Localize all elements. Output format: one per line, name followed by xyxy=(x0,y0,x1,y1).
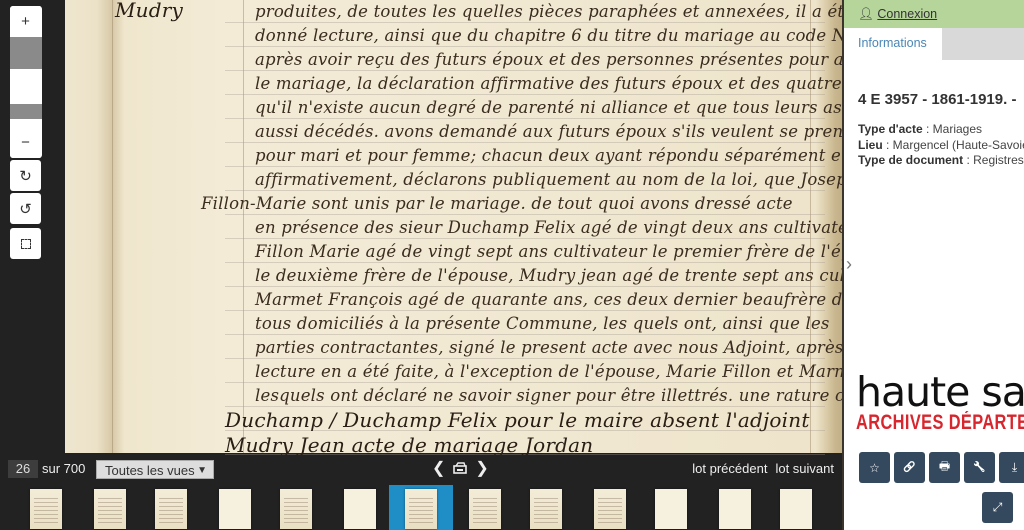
star-icon: ☆ xyxy=(869,461,880,475)
thumbnail-image xyxy=(780,489,812,529)
rotate-right-button[interactable]: ↻ xyxy=(10,160,41,191)
login-bar: 👤︎ Connexion xyxy=(844,0,1024,28)
handwritten-line: affirmativement, déclarons publiquement … xyxy=(255,170,842,189)
thumbnail-image xyxy=(94,489,126,529)
download-button[interactable]: ⤓ xyxy=(999,452,1024,483)
thumbnail[interactable] xyxy=(639,485,703,530)
zoom-out-button[interactable]: − xyxy=(10,127,41,158)
handwritten-line: en présence des sieur Duchamp Felix agé … xyxy=(255,218,842,237)
viewer-toolbar: + − ↻ ↺ xyxy=(10,6,42,261)
handwritten-line: donné lecture, ainsi que du chapitre 6 d… xyxy=(255,26,842,45)
handwritten-line: Mudry Jean acte de mariage Jordan xyxy=(225,433,593,455)
handwritten-line: Marmet François agé de quarante ans, ces… xyxy=(255,290,842,309)
fullscreen-button[interactable]: ⤢ xyxy=(982,492,1013,523)
page-number-input[interactable]: 26 xyxy=(8,460,38,478)
thumbnail[interactable] xyxy=(764,485,828,530)
thumbnail[interactable] xyxy=(264,485,328,530)
minus-icon: − xyxy=(21,134,30,151)
document-title: 4 E 3957 - 1861-1919. - xyxy=(858,91,1016,108)
thumbnail[interactable] xyxy=(78,485,142,530)
handwritten-line: Duchamp / Duchamp Felix pour le maire ab… xyxy=(225,408,810,432)
plus-icon: + xyxy=(21,13,30,30)
zoom-slider[interactable] xyxy=(10,37,42,127)
zoom-control: + − xyxy=(10,6,42,158)
handwritten-line: lesquels ont déclaré ne savoir signer po… xyxy=(255,386,842,405)
handwritten-line: Mudry xyxy=(115,0,183,22)
thumbnail-nav: ❮ ❯ xyxy=(432,458,489,478)
link-icon: 🔗 xyxy=(903,462,915,473)
zoom-in-button[interactable]: + xyxy=(10,6,41,37)
document-page-image[interactable]: Mudryproduites, de toutes les quelles pi… xyxy=(65,0,842,453)
tab-informations[interactable]: Informations xyxy=(844,28,942,60)
rotate-left-button[interactable]: ↺ xyxy=(10,193,41,224)
print-button[interactable]: 🖶 xyxy=(929,452,960,483)
thumbnail[interactable] xyxy=(14,485,78,530)
image-viewer[interactable]: Mudryproduites, de toutes les quelles pi… xyxy=(0,0,842,455)
logo-line2: ARCHIVES DÉPARTEMENTALES xyxy=(856,412,1024,434)
sidebar-tabs: Informations xyxy=(844,28,1024,60)
view-filter-select[interactable]: Toutes les vues ▼ xyxy=(96,460,214,479)
thumbnail[interactable] xyxy=(453,485,517,530)
link-button[interactable]: 🔗 xyxy=(894,452,925,483)
next-batch-link[interactable]: lot suivant xyxy=(775,461,834,476)
thumbnail-image xyxy=(469,489,501,529)
thumbnail-image xyxy=(405,489,437,529)
selection-icon xyxy=(21,239,31,249)
thumbnail[interactable] xyxy=(514,485,578,530)
next-arrow-icon[interactable]: ❯ xyxy=(475,458,488,478)
thumbnail[interactable] xyxy=(703,485,767,530)
view-filter-value: Toutes les vues xyxy=(105,463,195,478)
handwritten-line: lecture en a été faite, à l'exception de… xyxy=(255,362,842,381)
wrench-icon: 🔧 xyxy=(973,462,985,473)
print-icon: 🖶 xyxy=(939,457,950,478)
prev-arrow-icon[interactable]: ❮ xyxy=(432,458,445,478)
handwritten-line: le deuxième frère de l'épouse, Mudry jea… xyxy=(255,266,842,285)
thumbnail-selected[interactable] xyxy=(389,485,453,530)
tools-button[interactable]: 🔧 xyxy=(964,452,995,483)
fullscreen-icon: ⤢ xyxy=(993,500,1003,515)
thumbnail[interactable] xyxy=(139,485,203,530)
archives-logo: haute savoie ARCHIVES DÉPARTEMENTALES xyxy=(856,372,1024,434)
handwritten-line: le mariage, la déclaration affirmative d… xyxy=(255,74,842,93)
handwritten-line: pour mari et pour femme; chacun deux aya… xyxy=(255,146,842,165)
handwritten-line: après avoir reçu des futurs époux et des… xyxy=(255,50,842,69)
thumbnail-image xyxy=(719,489,751,529)
info-sidebar: 👤︎ Connexion Informations 4 E 3957 - 186… xyxy=(842,0,1024,530)
handwritten-line: Fillon-Marie sont unis par le mariage. d… xyxy=(201,194,793,213)
prev-batch-link[interactable]: lot précédent xyxy=(692,461,767,476)
rotate-left-icon: ↺ xyxy=(19,200,32,218)
favorite-button[interactable]: ☆ xyxy=(859,452,890,483)
download-icon: ⤓ xyxy=(1012,460,1017,475)
meta-type-document: Type de document : Registres xyxy=(858,153,1024,169)
handwritten-line: aussi décédés. avons demandé aux futurs … xyxy=(255,122,842,141)
thumbnail-image xyxy=(655,489,687,529)
handwritten-line: tous domiciliés à la présente Commune, l… xyxy=(255,314,830,333)
login-link[interactable]: Connexion xyxy=(877,7,937,21)
thumbnail-image xyxy=(30,489,62,529)
thumbnail-image xyxy=(344,489,376,529)
user-icon: 👤︎ xyxy=(858,7,874,21)
handwritten-line: qu'il n'existe aucun degré de parenté ni… xyxy=(255,98,842,117)
logo-line1: haute savoie xyxy=(856,372,1024,412)
thumbnail-image xyxy=(594,489,626,529)
handwritten-line: produites, de toutes les quelles pièces … xyxy=(255,2,842,21)
thumbnail-image xyxy=(155,489,187,529)
page-total: sur 700 xyxy=(42,461,85,476)
thumbnail-image xyxy=(530,489,562,529)
thumbnail[interactable] xyxy=(578,485,642,530)
handwritten-line: parties contractantes, signé le present … xyxy=(255,338,842,357)
handwritten-line: Fillon Marie agé de vingt sept ans culti… xyxy=(255,242,842,261)
meta-lieu: Lieu : Margencel (Haute-Savoie, xyxy=(858,138,1024,154)
bottom-bar: 26 sur 700 Toutes les vues ▼ ❮ ❯ lot pré… xyxy=(0,455,842,530)
batch-links: lot précédent lot suivant xyxy=(692,461,834,476)
thumbnail[interactable] xyxy=(328,485,392,530)
action-buttons: ☆ 🔗 🖶 🔧 ⤓ xyxy=(859,452,1024,483)
selection-button[interactable] xyxy=(10,228,41,259)
collapse-sidebar-icon[interactable]: › xyxy=(846,254,852,275)
chevron-down-icon: ▼ xyxy=(197,461,207,480)
document-metadata: Type d'acte : Mariages Lieu : Margencel … xyxy=(858,122,1024,169)
thumbnails-icon[interactable] xyxy=(453,462,467,474)
thumbnail[interactable] xyxy=(203,485,267,530)
rotate-right-icon: ↻ xyxy=(19,167,32,185)
thumbnail-image xyxy=(280,489,312,529)
thumbnail-image xyxy=(219,489,251,529)
meta-type-acte: Type d'acte : Mariages xyxy=(858,122,1024,138)
